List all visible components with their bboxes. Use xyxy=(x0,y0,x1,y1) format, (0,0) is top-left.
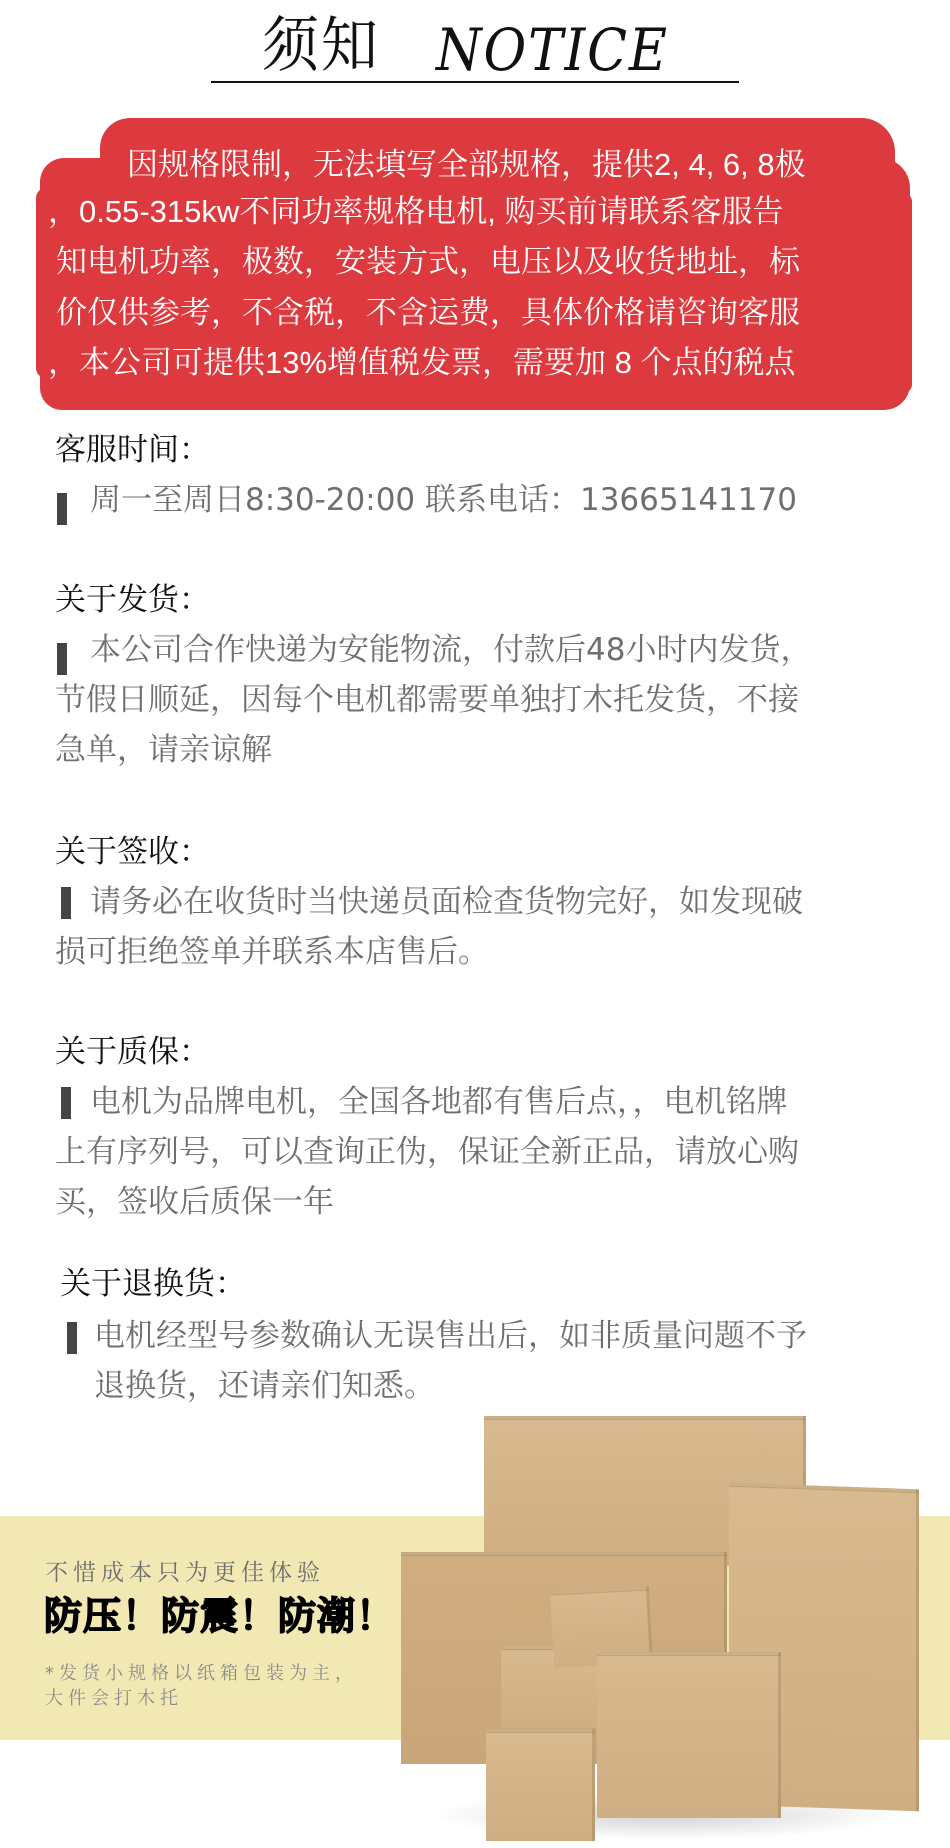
box-front-small xyxy=(486,1729,595,1841)
returns-line-1: 电机经型号参数确认无误售出后，如非质量问题不予 xyxy=(94,1316,807,1356)
warranty-line-2: 上有序列号，可以查询正伪，保证全新正品，请放心购 xyxy=(55,1132,799,1172)
bullet-bar xyxy=(67,1322,77,1354)
promo-headline: 防压！防震！防潮！ xyxy=(44,1594,395,1638)
notice-line-3: 知电机功率，极数，安装方式，电压以及收货地址，标 xyxy=(56,242,800,282)
service-hours-text: 周一至周日8:30-20:00 联系电话：13665141170 xyxy=(90,480,797,520)
banner-shape-right-edge xyxy=(895,193,912,393)
warranty-line-1: 电机为品牌电机，全国各地都有售后点，，电机铭牌 xyxy=(90,1082,788,1122)
promo-note-line-1: *发货小规格以纸箱包装为主， xyxy=(45,1661,358,1686)
notice-line-2: ，0.55-315kw不同功率规格电机, 购买前请联系客服告 xyxy=(48,192,784,232)
shipping-line-1: 本公司合作快递为安能物流，付款后48小时内发货， xyxy=(90,630,811,670)
receipt-line-2: 损可拒绝签单并联系本店售后。 xyxy=(55,932,489,972)
bullet-bar xyxy=(57,643,67,675)
title-english: NOTICE xyxy=(436,14,669,86)
notice-banner: 因规格限制，无法填写全部规格，提供2, 4, 6, 8极 ，0.55-315kw… xyxy=(40,118,910,408)
section-heading-receipt: 关于签收： xyxy=(55,832,210,872)
promo-note-line-2: 大件会打木托 xyxy=(45,1686,183,1711)
receipt-line-1: 请务必在收货时当快递员面检查货物完好，如发现破 xyxy=(90,882,803,922)
promo-subtitle: 不惜成本只为更佳体验 xyxy=(45,1558,325,1588)
section-heading-shipping: 关于发货： xyxy=(55,580,210,620)
shipping-line-3: 急单，请亲谅解 xyxy=(55,730,272,770)
returns-line-2: 退换货，还请亲们知悉。 xyxy=(94,1366,435,1406)
boxes-shadow xyxy=(430,1790,900,1840)
section-heading-returns: 关于退换货： xyxy=(60,1264,246,1304)
section-heading-warranty: 关于质保： xyxy=(55,1032,210,1072)
bullet-bar xyxy=(61,1087,71,1119)
notice-line-4: 价仅供参考，不含税，不含运费，具体价格请咨询客服 xyxy=(56,293,800,333)
section-heading-service-hours: 客服时间： xyxy=(55,430,210,470)
bullet-bar xyxy=(57,493,67,525)
title-chinese: 须知 xyxy=(262,10,380,82)
warranty-line-3: 买，签收后质保一年 xyxy=(55,1182,334,1222)
title-underline xyxy=(211,81,739,83)
shipping-line-2: 节假日顺延，因每个电机都需要单独打木托发货，不接 xyxy=(55,680,799,720)
notice-line-1: 因规格限制，无法填写全部规格，提供2, 4, 6, 8极 xyxy=(127,145,806,185)
notice-line-5: ，本公司可提供13%增值税发票，需要加 8 个点的税点 xyxy=(48,343,796,383)
bullet-bar xyxy=(61,887,71,919)
